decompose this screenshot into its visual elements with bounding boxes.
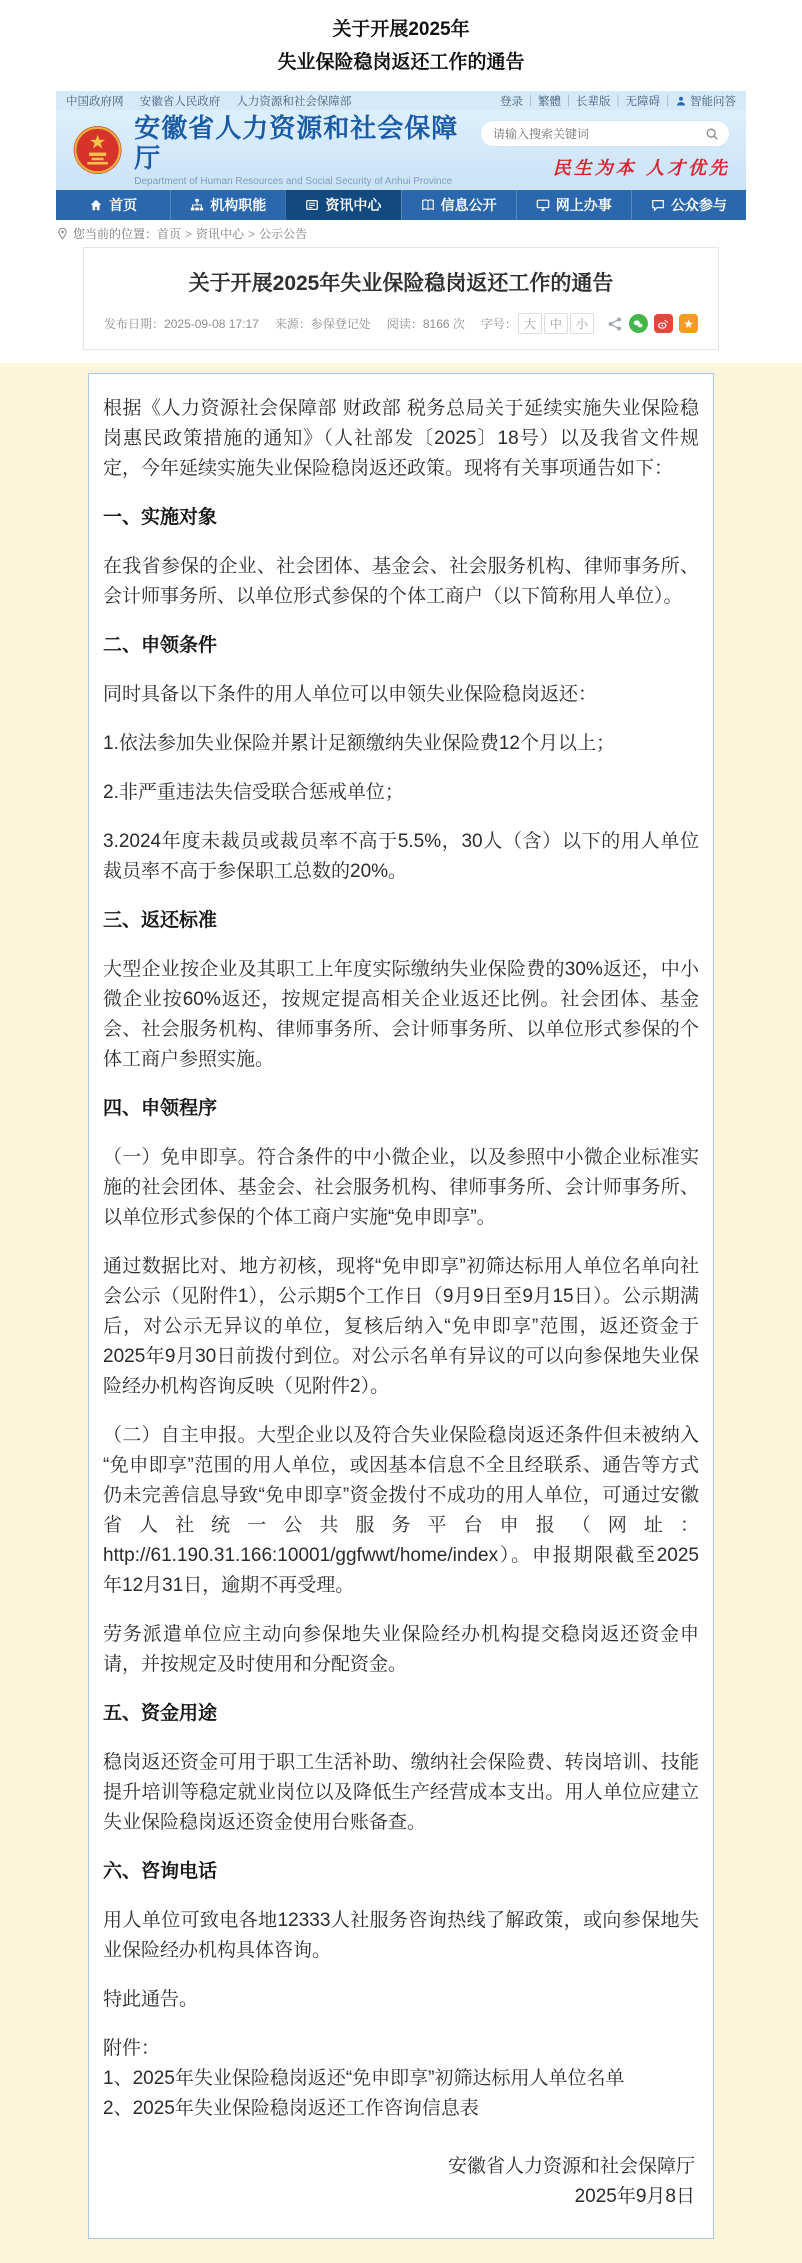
views-value: 8166 次 [423, 315, 465, 332]
attachment-line: 2、2025年失业保险稳岗返还工作咨询信息表 [103, 2094, 699, 2124]
breadcrumb-separator: > [248, 227, 255, 241]
link-anhui-gov[interactable]: 安徽省人民政府 [140, 96, 221, 108]
nav-item-functions[interactable]: 机构职能 [170, 190, 285, 220]
article-title: 关于开展2025年失业保险稳岗返还工作的通告 [94, 267, 708, 297]
attachment-line: 1、2025年失业保险稳岗返还“免申即享”初筛达标用人单位名单 [103, 2064, 699, 2094]
fontsize-large-button[interactable]: 大 [518, 313, 542, 334]
nav-item-news-center[interactable]: 资讯中心 [285, 190, 400, 220]
book-icon [421, 198, 435, 212]
article-title-card: 关于开展2025年失业保险稳岗返还工作的通告 发布日期：2025-09-08 1… [83, 247, 719, 350]
nav-item-home[interactable]: 首页 [56, 190, 170, 220]
nav-item-info-disclosure[interactable]: 信息公开 [401, 190, 516, 220]
print-title-line1: 关于开展2025年 [0, 13, 802, 46]
share-icons: ★ [607, 314, 698, 333]
fontsize-medium-button[interactable]: 中 [544, 313, 568, 334]
paragraph: 3.2024年度未裁员或裁员率不高于5.5%，30人（含）以下的用人单位裁员率不… [103, 827, 699, 887]
signature-org: 安徽省人力资源和社会保障厅 [103, 2152, 695, 2182]
org-icon [190, 198, 204, 212]
top-utility-bar: 中国政府网 安徽省人民政府 人力资源和社会保障部 登录 | 繁體 | 长辈版 |… [56, 91, 746, 110]
separator: | [666, 95, 669, 107]
gov-links: 中国政府网 安徽省人民政府 人力资源和社会保障部 [66, 93, 364, 109]
link-china-gov[interactable]: 中国政府网 [66, 96, 124, 108]
share-icon[interactable] [607, 316, 623, 332]
breadcrumb-separator: > [185, 227, 192, 241]
section-heading: 二、申领条件 [103, 631, 699, 661]
breadcrumb-home[interactable]: 首页 [157, 225, 181, 242]
fontsize-label: 字号： [481, 315, 517, 332]
paragraph: 1.依法参加失业保险并累计足额缴纳失业保险费12个月以上； [103, 729, 699, 759]
fontsize-small-button[interactable]: 小 [570, 313, 594, 334]
print-title-line2: 失业保险稳岗返还工作的通告 [0, 46, 802, 79]
slogan: 民生为本 人才优先 [553, 154, 730, 180]
org-name-english: Department of Human Resources and Social… [134, 176, 480, 187]
source-value: 参保登记处 [311, 315, 371, 332]
paragraph: 根据《人力资源社会保障部 财政部 税务总局关于延续实施失业保险稳岗惠民政策措施的… [103, 394, 699, 484]
main-nav: 首页 机构职能 资讯中心 信息公开 网上办事 公众参与 [56, 190, 746, 220]
attachments: 附件：1、2025年失业保险稳岗返还“免申即享”初筛达标用人单位名单2、2025… [103, 2034, 699, 2124]
breadcrumb-news-center[interactable]: 资讯中心 [196, 225, 244, 242]
national-emblem-icon [72, 124, 123, 176]
elder-version-link[interactable]: 长辈版 [576, 93, 611, 109]
breadcrumb-prefix: 您当前的位置： [73, 225, 157, 242]
paragraph: （二）自主申报。大型企业以及符合失业保险稳岗返还条件但未被纳入“免申即享”范围的… [103, 1421, 699, 1601]
nav-label: 公众参与 [671, 195, 727, 215]
article-body: 根据《人力资源社会保障部 财政部 税务总局关于延续实施失业保险稳岗惠民政策措施的… [88, 373, 714, 2239]
paragraph: 特此通告。 [103, 1985, 699, 2015]
paragraph: 用人单位可致电各地12333人社服务咨询热线了解政策，或向参保地失业保险经办机构… [103, 1906, 699, 1966]
smart-qa-label: 智能问答 [690, 96, 736, 108]
paragraph: 稳岗返还资金可用于职工生活补助、缴纳社会保险费、转岗培训、技能提升培训等稳定就业… [103, 1748, 699, 1838]
publish-date-label: 发布日期： [104, 315, 164, 332]
location-pin-icon [56, 227, 69, 240]
wechat-icon[interactable] [629, 314, 648, 333]
link-mohrss[interactable]: 人力资源和社会保障部 [236, 96, 351, 108]
nav-item-online-services[interactable]: 网上办事 [516, 190, 631, 220]
accessibility-link[interactable]: 无障碍 [626, 93, 661, 109]
masthead-right: 民生为本 人才优先 [480, 120, 730, 180]
nav-label: 信息公开 [441, 195, 497, 215]
masthead: 安徽省人力资源和社会保障厅 Department of Human Resour… [56, 110, 746, 190]
home-icon [89, 198, 103, 212]
nav-label: 机构职能 [210, 195, 266, 215]
signature-date: 2025年9月8日 [103, 2182, 695, 2212]
nav-item-public-participation[interactable]: 公众参与 [631, 190, 746, 220]
nav-label: 网上办事 [556, 195, 612, 215]
favorite-star-icon[interactable]: ★ [679, 314, 698, 333]
paragraph: 大型企业按企业及其职工上年度实际缴纳失业保险费的30%返还，中小微企业按60%返… [103, 955, 699, 1075]
page: 关于开展2025年 失业保险稳岗返还工作的通告 中国政府网 安徽省人民政府 人力… [0, 0, 802, 2263]
content-background: 根据《人力资源社会保障部 财政部 税务总局关于延续实施失业保险稳岗惠民政策措施的… [0, 363, 802, 2263]
separator: | [567, 95, 570, 107]
org-title-block: 安徽省人力资源和社会保障厅 Department of Human Resour… [134, 113, 480, 187]
breadcrumb-announcements[interactable]: 公示公告 [259, 225, 307, 242]
separator: | [529, 95, 532, 107]
print-title: 关于开展2025年 失业保险稳岗返还工作的通告 [0, 0, 802, 91]
signature: 安徽省人力资源和社会保障厅 2025年9月8日 [103, 2152, 699, 2212]
views-label: 阅读： [387, 315, 423, 332]
smart-qa-link[interactable]: 智能问答 [675, 93, 736, 109]
paragraph: 同时具备以下条件的用人单位可以申领失业保险稳岗返还： [103, 680, 699, 710]
paragraph: 通过数据比对、地方初核，现将“免申即享”初筛达标用人单位名单向社会公示（见附件1… [103, 1252, 699, 1402]
person-icon [675, 95, 687, 107]
article-meta: 发布日期：2025-09-08 17:17 来源：参保登记处 阅读：8166 次… [94, 313, 708, 334]
breadcrumb: 您当前的位置： 首页 > 资讯中心 > 公示公告 [56, 220, 746, 247]
section-heading: 五、资金用途 [103, 1699, 699, 1729]
site-header: 中国政府网 安徽省人民政府 人力资源和社会保障部 登录 | 繁體 | 长辈版 |… [56, 91, 746, 220]
separator: | [617, 95, 620, 107]
search-icon[interactable] [705, 127, 719, 141]
paragraph: 在我省参保的企业、社会团体、基金会、社会服务机构、律师事务所、会计师事务所、以单… [103, 552, 699, 612]
spacer [0, 350, 802, 363]
org-name: 安徽省人力资源和社会保障厅 [134, 113, 480, 173]
section-heading: 六、咨询电话 [103, 1857, 699, 1887]
utility-links: 登录 | 繁體 | 长辈版 | 无障碍 | 智能问答 [500, 93, 736, 109]
paragraph: （一）免申即享。符合条件的中小微企业，以及参照中小微企业标准实施的社会团体、基金… [103, 1143, 699, 1233]
section-heading: 一、实施对象 [103, 503, 699, 533]
paragraph: 劳务派遣单位应主动向参保地失业保险经办机构提交稳岗返还资金申请，并按规定及时使用… [103, 1620, 699, 1680]
nav-label: 首页 [109, 195, 137, 215]
attachment-line: 附件： [103, 2034, 699, 2064]
masthead-left: 安徽省人力资源和社会保障厅 Department of Human Resour… [72, 113, 480, 187]
section-heading: 四、申领程序 [103, 1094, 699, 1124]
search-box [480, 120, 730, 147]
source-label: 来源： [275, 315, 311, 332]
weibo-icon[interactable] [654, 314, 673, 333]
section-heading: 三、返还标准 [103, 906, 699, 936]
news-icon [305, 198, 319, 212]
chat-icon [651, 198, 665, 212]
article-body-blocks: 根据《人力资源社会保障部 财政部 税务总局关于延续实施失业保险稳岗惠民政策措施的… [103, 394, 699, 2124]
nav-label: 资讯中心 [325, 195, 381, 215]
login-link[interactable]: 登录 [500, 93, 523, 109]
search-input[interactable] [491, 126, 705, 142]
traditional-chinese-link[interactable]: 繁體 [538, 93, 561, 109]
paragraph: 2.非严重违法失信受联合惩戒单位； [103, 778, 699, 808]
monitor-icon [536, 198, 550, 212]
publish-date-value: 2025-09-08 17:17 [164, 317, 259, 331]
